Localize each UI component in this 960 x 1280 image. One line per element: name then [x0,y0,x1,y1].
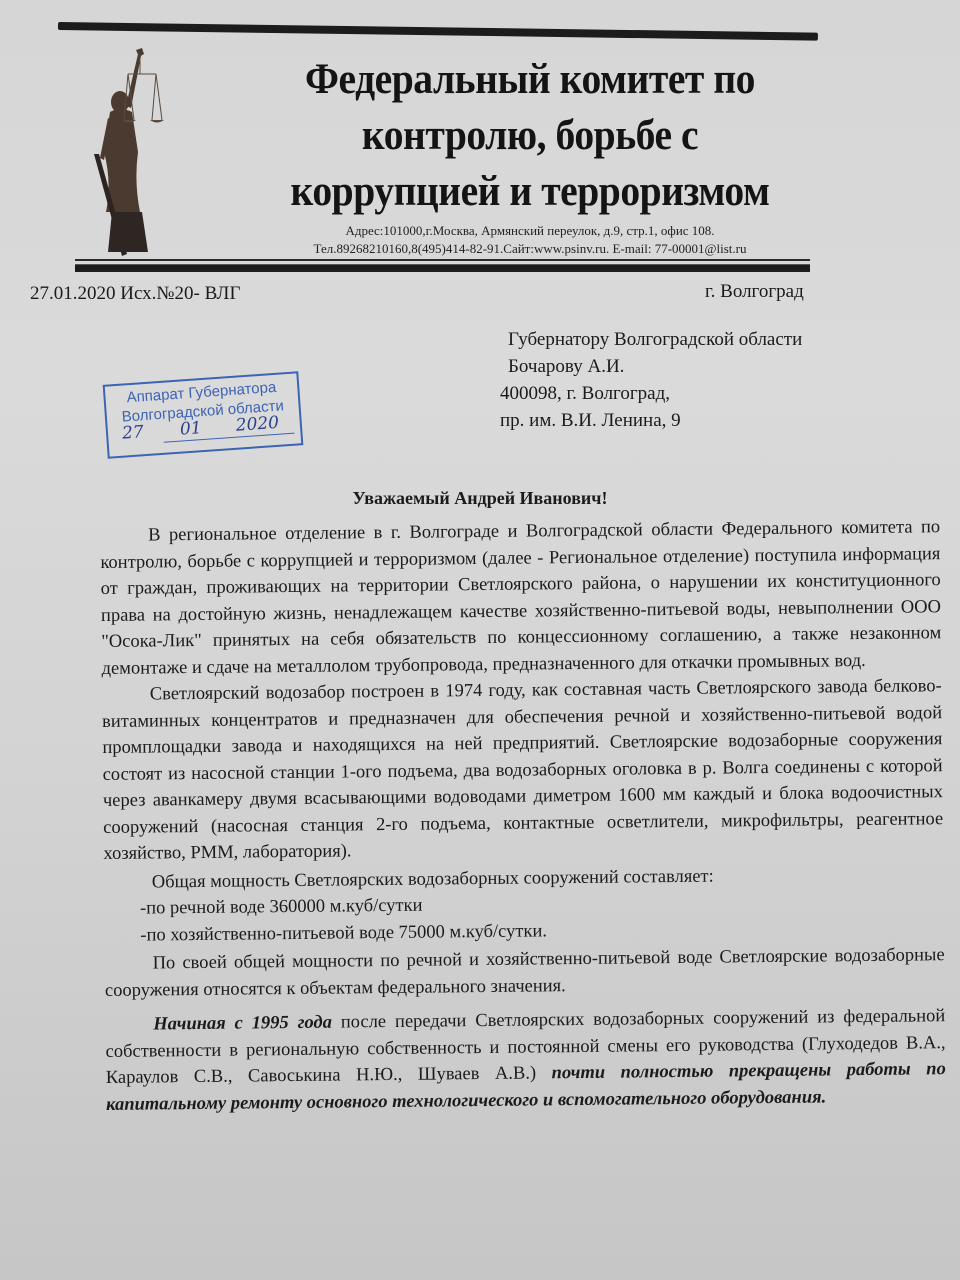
recipient-block: Губернатору Волгоградской области Бочаро… [500,326,802,434]
paragraph-1: В региональное отделение в г. Волгограде… [100,514,942,682]
bottom-rule [75,264,810,272]
recipient-line: Губернатору Волгоградской области [508,326,802,353]
letterhead-contacts: Адрес:101000,г.Москва, Армянский переуло… [220,222,840,258]
recipient-line: 400098, г. Волгоград, [500,380,802,407]
stamp-day: 27 [121,423,144,443]
organization-title: Федеральный комитет по контролю, борьбе … [226,52,833,220]
received-stamp: Аппарат Губернатора Волгоградской област… [103,371,304,458]
document-page: Федеральный комитет по контролю, борьбе … [0,0,960,1280]
emphasis-lead: Начиная с 1995 года [153,1013,332,1035]
contacts-line: Тел.89268210160,8(495)414-82-91.Сайт:www… [220,240,840,258]
paragraph-5: Начиная с 1995 года после передачи Светл… [105,1003,946,1118]
paragraph-2: Светлоярский водозабор построен в 1974 г… [102,673,944,867]
salutation: Уважаемый Андрей Иванович! [0,488,960,509]
outgoing-reference: 27.01.2020 Исх.№20- ВЛГ [30,283,240,305]
title-line-3: коррупцией и терроризмом [226,164,833,220]
top-rule [58,22,818,41]
address-line: Адрес:101000,г.Москва, Армянский переуло… [220,222,840,240]
recipient-line: пр. им. В.И. Ленина, 9 [500,407,802,434]
title-line-1: Федеральный комитет по [226,52,833,108]
stamp-year: 2020 [235,414,279,436]
title-line-2: контролю, борьбе с [226,108,833,164]
letter-body: В региональное отделение в г. Волгограде… [100,511,946,1118]
paragraph-4: По своей общей мощности по речной и хозя… [105,942,946,1004]
city: г. Волгоград [705,281,804,303]
stamp-month: 01 [179,419,202,439]
recipient-line: Бочарову А.И. [508,353,802,380]
themis-statue-icon [72,44,172,264]
